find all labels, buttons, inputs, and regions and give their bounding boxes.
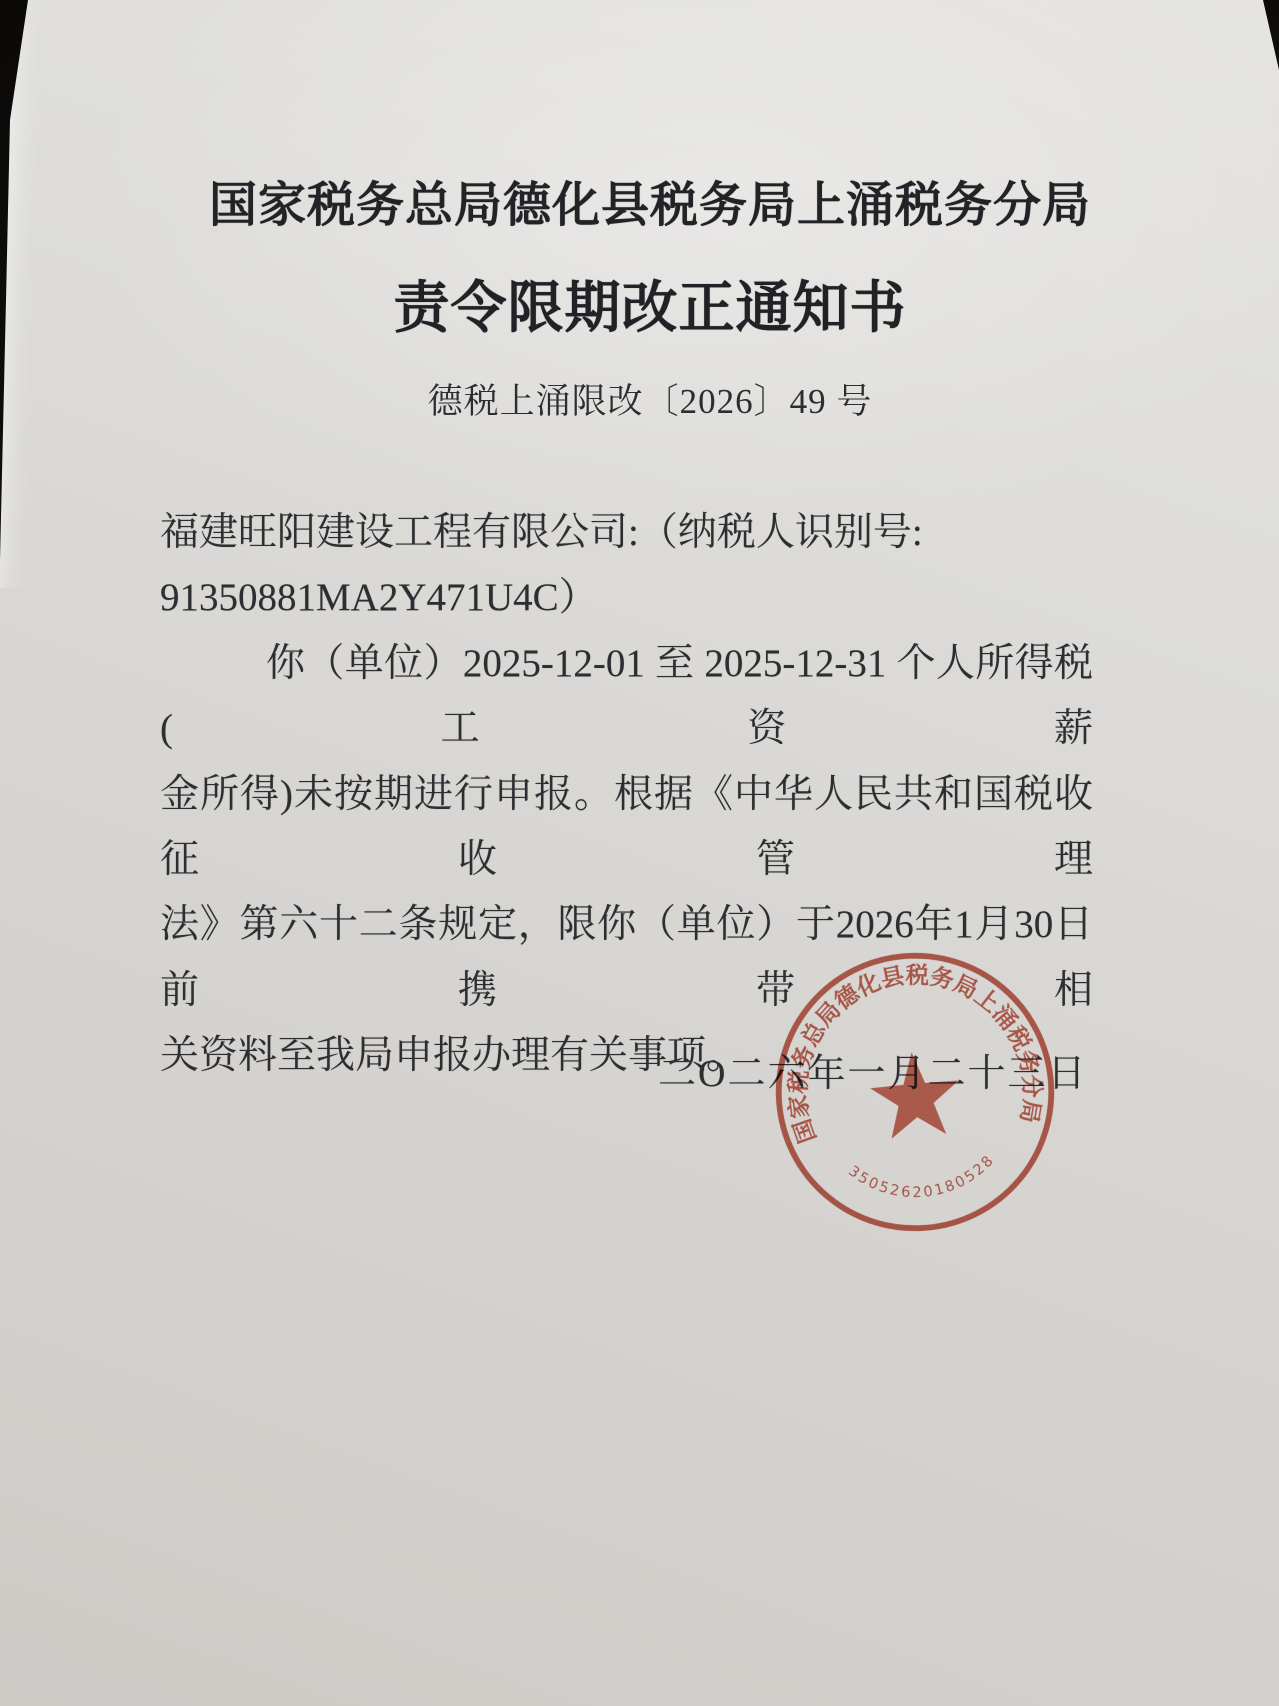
body-line: 金所得)未按期进行申报。根据《中华人民共和国税收征收管理 — [160, 762, 1093, 893]
addressee-line: 福建旺阳建设工程有限公司:（纳税人识别号: — [160, 500, 1093, 565]
document-paper: 国家税务总局德化县税务局上涌税务分局 责令限期改正通知书 德税上涌限改〔2026… — [0, 0, 1279, 1706]
official-seal: 国家税务总局德化县税务局上涌税务分局 35052620180528 — [757, 934, 1073, 1250]
document-number: 德税上涌限改〔2026〕49 号 — [20, 374, 1279, 424]
body-line: 你（单位）2025-12-01 至 2025-12-31 个人所得税(工资薪 — [160, 631, 1093, 762]
seal-code: 35052620180528 — [844, 1150, 1001, 1207]
document-title: 责令限期改正通知书 — [20, 264, 1279, 344]
taxpayer-id-line: 91350881MA2Y471U4C） — [160, 565, 1093, 630]
star-icon — [867, 1048, 963, 1140]
issuing-authority: 国家税务总局德化县税务局上涌税务分局 — [20, 166, 1279, 235]
